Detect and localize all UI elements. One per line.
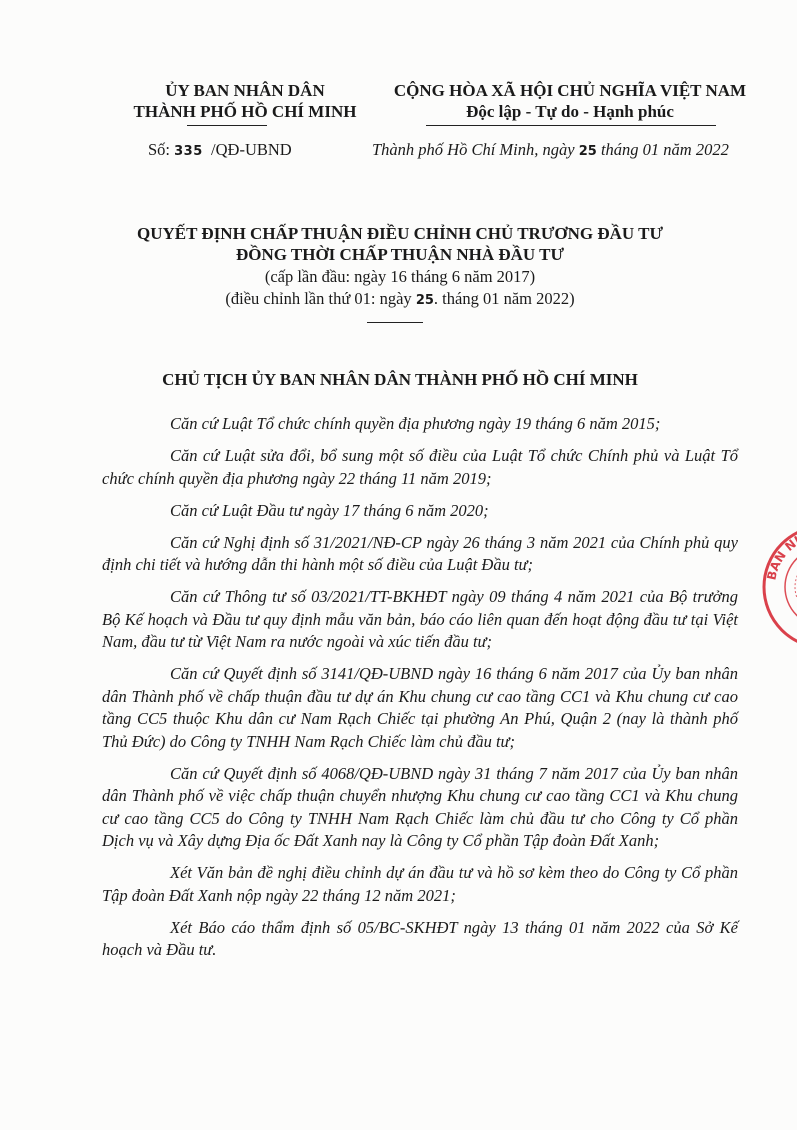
subtitle-first-issue: (cấp lần đầu: ngày 16 tháng 6 năm 2017) [100,266,700,288]
place-date-suffix: tháng 01 năm 2022 [597,140,729,159]
preamble-paragraph: Căn cứ Thông tư số 03/2021/TT-BKHĐT ngày… [102,586,738,654]
motto: Độc lập - Tự do - Hạnh phúc [365,101,775,122]
preamble-paragraph: Căn cứ Luật Tổ chức chính quyền địa phươ… [102,413,738,436]
preamble-paragraph: Căn cứ Luật sửa đổi, bổ sung một số điều… [102,445,738,490]
place-date-day: 25 [579,144,597,159]
title-separator [367,322,423,323]
decision-title: QUYẾT ĐỊNH CHẤP THUẬN ĐIỀU CHỈNH CHỦ TRƯ… [100,223,700,265]
preamble-paragraph: Căn cứ Quyết định số 4068/QĐ-UBND ngày 3… [102,763,738,853]
sub2-prefix: (điều chỉnh lần thứ 01: ngày [225,289,415,308]
issuer-underline [187,125,267,126]
issuer-line1: ỦY BAN NHÂN DÂN [130,80,360,101]
subtitle-adjustment: (điều chỉnh lần thứ 01: ngày 25. tháng 0… [100,288,700,312]
doc-number-value: 335 [174,144,203,159]
place-date-prefix: Thành phố Hồ Chí Minh, ngày [372,140,579,159]
doc-number: Số: 335 /QĐ-UBND [148,140,292,160]
chairman-heading: CHỦ TỊCH ỦY BAN NHÂN DÂN THÀNH PHỐ HỒ CH… [100,370,700,390]
preamble: Căn cứ Luật Tổ chức chính quyền địa phươ… [102,413,738,971]
title-line1: QUYẾT ĐỊNH CHẤP THUẬN ĐIỀU CHỈNH CHỦ TRƯ… [100,223,700,244]
preamble-paragraph: Căn cứ Quyết định số 3141/QĐ-UBND ngày 1… [102,663,738,753]
nation-name: CỘNG HÒA XÃ HỘI CHỦ NGHĨA VIỆT NAM [365,80,775,101]
issuer-block: ỦY BAN NHÂN DÂN THÀNH PHỐ HỒ CHÍ MINH [130,80,360,122]
national-motto-block: CỘNG HÒA XÃ HỘI CHỦ NGHĨA VIỆT NAM Độc l… [365,80,775,122]
official-seal-icon: BAN NHÂN DÂN [760,522,797,652]
doc-number-suffix: /QĐ-UBND [203,140,292,159]
document-page: ỦY BAN NHÂN DÂN THÀNH PHỐ HỒ CHÍ MINH CỘ… [0,0,797,1130]
issuer-line2: THÀNH PHỐ HỒ CHÍ MINH [130,101,360,122]
motto-underline [426,125,716,126]
place-date: Thành phố Hồ Chí Minh, ngày 25 tháng 01 … [372,140,729,160]
preamble-paragraph: Xét Báo cáo thẩm định số 05/BC-SKHĐT ngà… [102,917,738,962]
sub2-suffix: . tháng 01 năm 2022) [434,289,575,308]
title-line2: ĐỒNG THỜI CHẤP THUẬN NHÀ ĐẦU TƯ [100,244,700,265]
decision-subtitle: (cấp lần đầu: ngày 16 tháng 6 năm 2017) … [100,266,700,312]
preamble-paragraph: Căn cứ Luật Đầu tư ngày 17 tháng 6 năm 2… [102,500,738,523]
preamble-paragraph: Căn cứ Nghị định số 31/2021/NĐ-CP ngày 2… [102,532,738,577]
sub2-day: 25 [416,293,434,308]
preamble-paragraph: Xét Văn bản đề nghị điều chỉnh dự án đầu… [102,862,738,907]
doc-number-prefix: Số: [148,140,174,159]
